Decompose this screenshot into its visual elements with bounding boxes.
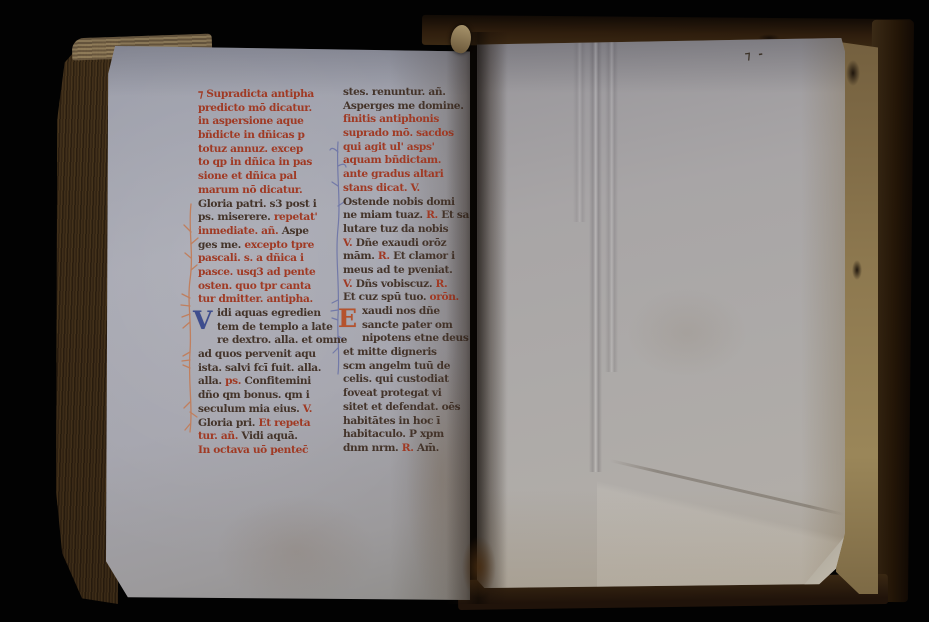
ink-text: Asperges me domine. xyxy=(343,100,464,112)
parchment-crease xyxy=(605,42,618,372)
ink-text: Ostende nobis domi xyxy=(343,196,455,208)
left-page: ⁊ Supradicta antiphapredicto mō dicatur.… xyxy=(106,46,470,600)
manuscript-text-line: qui agit ul' asps' xyxy=(343,141,473,155)
manuscript-text-line: celis. qui custodiat xyxy=(343,373,473,387)
ink-text: scm angelm tuū de xyxy=(343,360,450,372)
manuscript-text-line: totuz annuz. excep xyxy=(198,143,338,157)
rubric-text: pascali. s. a dñica i xyxy=(198,252,304,264)
ink-text: stes. renuntur. añ. xyxy=(343,86,446,98)
manuscript-text-line: habitaculo. P xpm xyxy=(343,428,473,442)
rubric-text: marum nō dicatur. xyxy=(198,184,302,196)
rubric-text: R. xyxy=(436,278,448,290)
ink-text: habitātes in hoc ī xyxy=(343,415,440,427)
manuscript-text-line: tur dmitter. antipha. xyxy=(198,293,338,307)
rubric-text: excepto tpre xyxy=(244,239,314,251)
manuscript-text-line: idi aquas egredien xyxy=(198,307,338,321)
ink-smudge xyxy=(846,60,860,86)
manuscript-text-line: stes. renuntur. añ. xyxy=(343,86,473,100)
rubric-text: ps. xyxy=(225,375,244,387)
ink-text: habitaculo. P xpm xyxy=(343,428,444,440)
manuscript-photo: ⁊ Supradicta antiphapredicto mō dicatur.… xyxy=(0,0,929,622)
rubric-text: inmediate. añ. xyxy=(198,225,282,237)
ink-text: seculum mia eius. xyxy=(198,403,303,415)
ink-text: meus ad te pveniat. xyxy=(343,264,452,276)
rubric-text: bñdicte in dñicas p xyxy=(198,129,305,141)
ink-text: Dñe exaudi orōz xyxy=(356,237,447,249)
parchment-crease xyxy=(589,42,602,472)
parchment-stain xyxy=(627,288,747,378)
manuscript-text-line: to qp in dñica in pas xyxy=(198,156,338,170)
text-column-right: stes. renuntur. añ.Asperges me domine.fi… xyxy=(343,86,473,456)
manuscript-text-line: ista. salvi fcī fuit. alla. xyxy=(198,362,338,376)
manuscript-text-line: tem de templo a late xyxy=(198,321,338,335)
manuscript-text-line: ps. miserere. repetat' xyxy=(198,211,338,225)
text-column-left: ⁊ Supradicta antiphapredicto mō dicatur.… xyxy=(198,88,338,458)
ink-text: re dextro. alla. et omne xyxy=(217,334,347,346)
ink-text: Am̄. xyxy=(417,442,439,454)
ink-text: ista. salvi fcī fuit. alla. xyxy=(198,362,321,374)
manuscript-text-line: dnm nrm. R. Am̄. xyxy=(343,442,473,456)
rubric-text: tur. añ. xyxy=(198,430,241,442)
ink-text: et mitte digneris xyxy=(343,346,437,358)
manuscript-text-line: Gloria pri. Et repeta xyxy=(198,417,338,431)
ink-text: foveat protegat vi xyxy=(343,387,441,399)
manuscript-text-line: stans dicat. V. xyxy=(343,182,473,196)
manuscript-text-line: inmediate. añ. Aspe xyxy=(198,225,338,239)
ink-text: tem de templo a late xyxy=(217,321,332,333)
rubric-text: R. xyxy=(426,209,441,221)
manuscript-text-line: finitis antiphonis xyxy=(343,113,473,127)
rubric-text: ⁊ Supradicta antipha xyxy=(198,88,314,100)
rubric-text: aquam bñdictam. xyxy=(343,154,441,166)
ink-text: celis. qui custodiat xyxy=(343,373,449,385)
ink-text: mām. xyxy=(343,250,378,262)
rubric-text: in aspersione aque xyxy=(198,115,304,127)
manuscript-text-line: in aspersione aque xyxy=(198,115,338,129)
manuscript-text-line: lutare tuz da nobis xyxy=(343,223,473,237)
manuscript-text-line: dño qm bonus. qm i xyxy=(198,389,338,403)
manuscript-text-line: predicto mō dicatur. xyxy=(198,102,338,116)
ink-text: alla. xyxy=(198,375,225,387)
ink-text: Et cuz spū tuo. xyxy=(343,291,430,303)
manuscript-text-line: habitātes in hoc ī xyxy=(343,415,473,429)
ink-text: dño qm bonus. qm i xyxy=(198,389,309,401)
fold-shading xyxy=(597,438,845,588)
manuscript-text-line: sitet et defendat. oēs xyxy=(343,401,473,415)
rubric-text: tur dmitter. antipha. xyxy=(198,293,313,305)
ink-text: ne miam tuaz. xyxy=(343,209,426,221)
ink-text: lutare tuz da nobis xyxy=(343,223,448,235)
ink-text: xaudi nos dñe xyxy=(362,305,440,317)
ink-text: Et clamor i xyxy=(393,250,455,262)
ink-text: sancte pater om xyxy=(362,319,453,331)
manuscript-text-line: pasce. usq3 ad pente xyxy=(198,266,338,280)
rubric-text: R. xyxy=(378,250,393,262)
ink-text: Vidi aquā. xyxy=(241,430,297,442)
manuscript-text-line: osten. quo tpr canta xyxy=(198,280,338,294)
parchment-stain xyxy=(216,496,376,606)
manuscript-text-line: Gloria patri. s3 post i xyxy=(198,198,338,212)
ink-text: Dñs vobiscuz. xyxy=(356,278,436,290)
manuscript-text-line: bñdicte in dñicas p xyxy=(198,129,338,143)
rubric-text: predicto mō dicatur. xyxy=(198,102,312,114)
rubric-text: sione et dñica pal xyxy=(198,170,297,182)
rubric-text: V. xyxy=(303,403,312,415)
ink-text: Aspe xyxy=(282,225,309,237)
illuminated-initial-e: E xyxy=(338,306,359,333)
manuscript-text-line: In octava uō pentec̄ xyxy=(198,444,338,458)
ink-text: Confitemini xyxy=(244,375,311,387)
manuscript-text-line: Et cuz spū tuo. orōn. xyxy=(343,291,473,305)
rubric-text: totuz annuz. excep xyxy=(198,143,303,155)
ink-text: Gloria patri. s3 post i xyxy=(198,198,316,210)
rubric-text: ante gradus altari xyxy=(343,168,443,180)
manuscript-text-line: V. Dñe exaudi orōz xyxy=(343,237,473,251)
rubric-text: pasce. usq3 ad pente xyxy=(198,266,315,278)
ink-text: Et sa xyxy=(441,209,469,221)
ink-text: Gloria pri. xyxy=(198,417,259,429)
manuscript-text-line: foveat protegat vi xyxy=(343,387,473,401)
manuscript-text-line: marum nō dicatur. xyxy=(198,184,338,198)
ink-text: nipotens etne deus xyxy=(362,332,468,344)
manuscript-text-line: aquam bñdictam. xyxy=(343,154,473,168)
manuscript-text-line: mām. R. Et clamor i xyxy=(343,250,473,264)
manuscript-text-line: sione et dñica pal xyxy=(198,170,338,184)
rubric-text: to qp in dñica in pas xyxy=(198,156,312,168)
manuscript-text-line: Ostende nobis domi xyxy=(343,196,473,210)
folio-mark: ⁊ - xyxy=(744,47,765,63)
illuminated-initial-v: V xyxy=(193,308,214,335)
manuscript-text-line: suprado mō. sacdos xyxy=(343,127,473,141)
manuscript-text-line: Asperges me domine. xyxy=(343,100,473,114)
ink-text: dnm nrm. xyxy=(343,442,402,454)
manuscript-text-line: pascali. s. a dñica i xyxy=(198,252,338,266)
manuscript-text-line: tur. añ. Vidi aquā. xyxy=(198,430,338,444)
manuscript-text-line: nipotens etne deus xyxy=(343,332,473,346)
ink-text: idi aquas egredien xyxy=(217,307,321,319)
manuscript-text-line: re dextro. alla. et omne xyxy=(198,334,338,348)
manuscript-text-line: scm angelm tuū de xyxy=(343,360,473,374)
manuscript-text-line: seculum mia eius. V. xyxy=(198,403,338,417)
ink-text: sitet et defendat. oēs xyxy=(343,401,460,413)
rubric-text: osten. quo tpr canta xyxy=(198,280,311,292)
gutter-foot-shadow xyxy=(462,536,496,598)
manuscript-text-line: sancte pater om xyxy=(343,319,473,333)
rubric-text: In octava uō pentec̄ xyxy=(198,444,308,456)
rubric-text: Et repeta xyxy=(259,417,311,429)
rubric-text: R. xyxy=(402,442,417,454)
ink-text: ges me. xyxy=(198,239,244,251)
manuscript-text-line: ne miam tuaz. R. Et sa xyxy=(343,209,473,223)
manuscript-text-line: ante gradus altari xyxy=(343,168,473,182)
rubric-text: finitis antiphonis xyxy=(343,113,439,125)
rubric-text: suprado mō. sacdos xyxy=(343,127,454,139)
ink-smudge xyxy=(852,260,862,280)
ink-text: ps. miserere. xyxy=(198,211,274,223)
rubric-text: V. xyxy=(343,237,356,249)
rubric-text: V. xyxy=(343,278,356,290)
rubric-text: stans dicat. V. xyxy=(343,182,420,194)
rubric-text: repetat' xyxy=(274,211,318,223)
manuscript-text-line: xaudi nos dñe xyxy=(343,305,473,319)
rubric-text: qui agit ul' asps' xyxy=(343,141,435,153)
manuscript-text-line: ⁊ Supradicta antipha xyxy=(198,88,338,102)
right-page-blank: ⁊ - xyxy=(477,38,845,588)
rubric-text: orōn. xyxy=(430,291,459,303)
manuscript-text-line: ges me. excepto tpre xyxy=(198,239,338,253)
manuscript-text-line: meus ad te pveniat. xyxy=(343,264,473,278)
manuscript-text-line: alla. ps. Confitemini xyxy=(198,375,338,389)
ink-text: ad quos pervenit aqu xyxy=(198,348,316,360)
manuscript-text-line: V. Dñs vobiscuz. R. xyxy=(343,278,473,292)
manuscript-text-line: et mitte digneris xyxy=(343,346,473,360)
manuscript-text-line: ad quos pervenit aqu xyxy=(198,348,338,362)
parchment-crease xyxy=(573,42,586,222)
